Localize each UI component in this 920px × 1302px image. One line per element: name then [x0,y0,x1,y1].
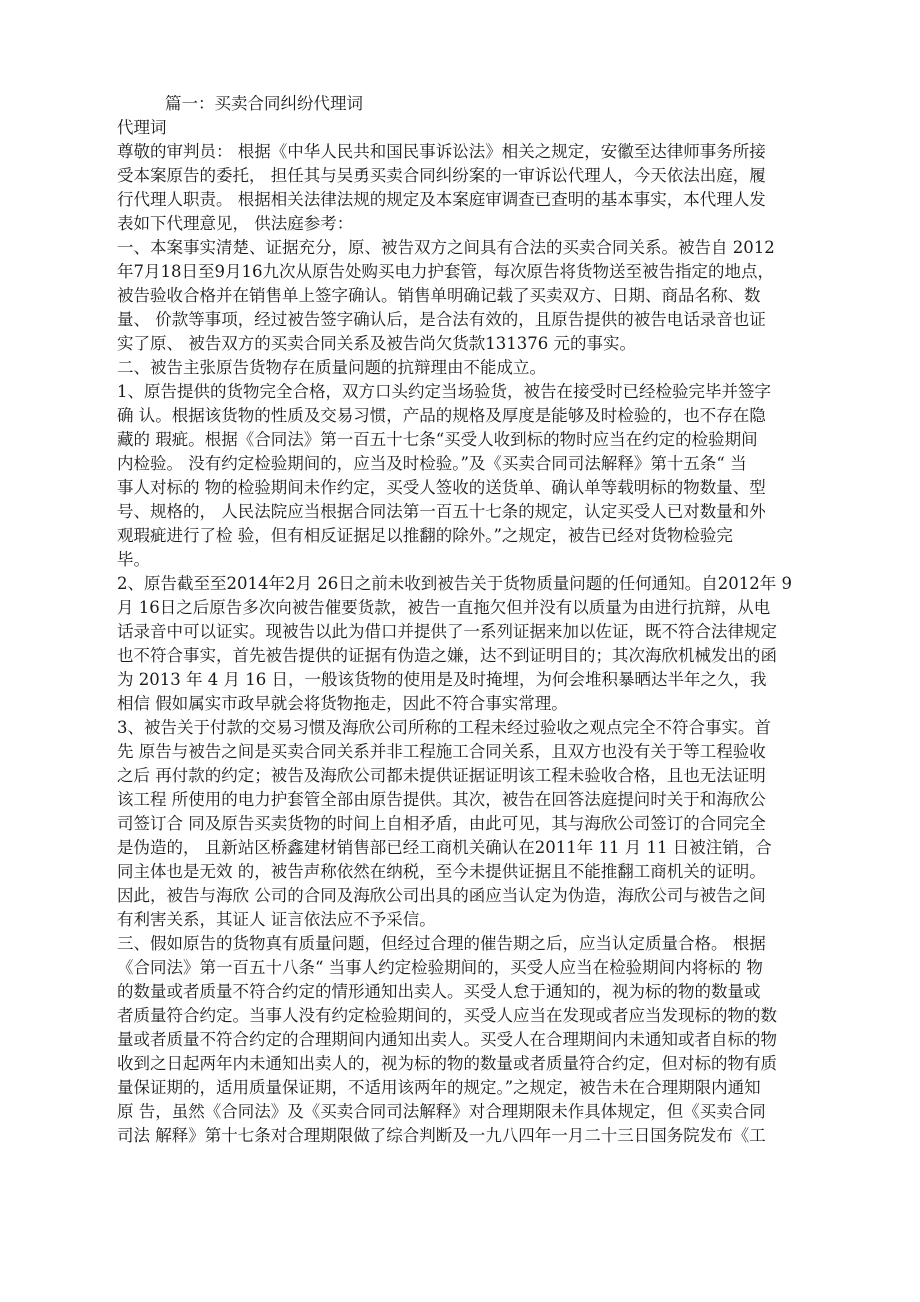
body-line: 有利害关系，其证人 证言依法应不予采信。 [117,908,789,932]
body-line: 内检验。 没有约定检验期间的，应当及时检验。”及《买卖合同司法解释》第十五条“ … [117,452,789,476]
body-line: 司法 解释》第十七条对合理期限做了综合判断及一九八四年一月二十三日国务院发布《工 [117,1124,789,1148]
point-one-line: 1、原告提供的货物完全合格，双方口头约定当场验货，被告在接受时已经检验完毕并签字 [117,380,789,404]
body-line: 行代理人职责。 根据相关法律法规的规定及本案庭审调查已查明的基本事实，本代理人发 [117,188,789,212]
document-body: 篇一：买卖合同纠纷代理词 代理词 尊敬的审判员： 根据《中华人民共和国民事诉讼法… [117,92,789,1148]
body-line: 实了原、 被告双方的买卖合同关系及被告尚欠货款131376 元的事实。 [117,332,789,356]
body-line: 量保证期的，适用质量保证期，不适用该两年的规定。”之规定，被告未在合理期限内通知 [117,1076,789,1100]
document-subheading: 代理词 [117,116,789,140]
body-line: 为 2013 年 4 月 16 日，一般该货物的使用是及时掩埋，为何会堆积暴晒达… [117,668,789,692]
body-line: 因此，被告与海欣 公司的合同及海欣公司出具的函应当认定为伪造，海欣公司与被告之间 [117,884,789,908]
section-three-heading-line: 三、假如原告的货物真有质量问题，但经过合理的催告期之后，应当认定质量合格。 根据 [117,932,789,956]
point-two-line: 2、原告截至至2014年2月 26日之前未收到被告关于货物质量问题的任何通知。自… [117,572,789,596]
body-line: 之后 再付款的约定；被告及海欣公司都未提供证据证明该工程未验收合格，且也无法证明 [117,764,789,788]
body-line: 毕。 [117,548,789,572]
body-line: 月 16日之后原告多次向被告催要货款，被告一直拖欠但并没有以质量为由进行抗辩，从… [117,596,789,620]
body-line: 量或者质量不符合约定的合理期间内通知出卖人。买受人在合理期间内未通知或者自标的物 [117,1028,789,1052]
body-line: 藏的 瑕疵。根据《合同法》第一百五十七条“买受人收到标的物时应当在约定的检验期间 [117,428,789,452]
body-line: 原 告，虽然《合同法》及《买卖合同司法解释》对合理期限未作具体规定，但《买卖合同 [117,1100,789,1124]
body-line: 《合同法》第一百五十八条“ 当事人约定检验期间的，买受人应当在检验期间内将标的 … [117,956,789,980]
document-page: 篇一：买卖合同纠纷代理词 代理词 尊敬的审判员： 根据《中华人民共和国民事诉讼法… [0,0,920,1302]
body-line: 确 认。根据该货物的性质及交易习惯，产品的规格及厚度是能够及时检验的，也不存在隐 [117,404,789,428]
body-line: 者质量符合约定。当事人没有约定检验期间的，买受人应当在发现或者应当发现标的物的数 [117,1004,789,1028]
body-line: 先 原告与被告之间是买卖合同关系并非工程施工合同关系，且双方也没有关于等工程验收 [117,740,789,764]
body-line: 年7月18日至9月16九次从原告处购买电力护套管，每次原告将货物送至被告指定的地… [117,260,789,284]
body-line: 号、规格的， 人民法院应当根据合同法第一百五十七条的规定，认定买受人已对数量和外 [117,500,789,524]
body-line: 表如下代理意见， 供法庭参考： [117,212,789,236]
section-two-heading-line: 二、被告主张原告货物存在质量问题的抗辩理由不能成立。 [117,356,789,380]
body-line: 量、 价款等事项，经过被告签字确认后，是合法有效的，且原告提供的被告电话录音也证 [117,308,789,332]
body-line: 该工程 所使用的电力护套管全部由原告提供。其次，被告在回答法庭提问时关于和海欣公 [117,788,789,812]
body-line: 是伪造的， 且新站区桥鑫建材销售部已经工商机关确认在2011年 11 月 11 … [117,836,789,860]
body-line: 事人对标的 物的检验期间未作约定，买受人签收的送货单、确认单等载明标的物数量、型 [117,476,789,500]
body-line: 受本案原告的委托， 担任其与吴勇买卖合同纠纷案的一审诉讼代理人，今天依法出庭，履 [117,164,789,188]
body-line: 司签订合 同及原告买卖货物的时间上自相矛盾，由此可见，其与海欣公司签订的合同完全 [117,812,789,836]
point-three-line: 3、被告关于付款的交易习惯及海欣公司所称的工程未经过验收之观点完全不符合事实。首 [117,716,789,740]
body-line: 也不符合事实，首先被告提供的证据有伪造之嫌，达不到证明目的；其次海欣机械发出的函 [117,644,789,668]
section-one-heading-line: 一、本案事实清楚、证据充分，原、被告双方之间具有合法的买卖合同关系。被告自 20… [117,236,789,260]
document-heading: 篇一：买卖合同纠纷代理词 [117,92,789,116]
body-line: 同主体也是无效 的，被告声称依然在纳税，至今未提供证据且不能推翻工商机关的证明。 [117,860,789,884]
body-line: 相信 假如属实市政早就会将货物拖走，因此不符合事实常理。 [117,692,789,716]
body-line: 话录音中可以证实。现被告以此为借口并提供了一系列证据来加以佐证，既不符合法律规定 [117,620,789,644]
body-line: 尊敬的审判员： 根据《中华人民共和国民事诉讼法》相关之规定，安徽至达律师事务所接 [117,140,789,164]
body-line: 观瑕疵进行了检 验，但有相反证据足以推翻的除外。”之规定，被告已经对货物检验完 [117,524,789,548]
body-line: 的数量或者质量不符合约定的情形通知出卖人。买受人怠于通知的，视为标的物的数量或 [117,980,789,1004]
body-line: 被告验收合格并在销售单上签字确认。销售单明确记载了买卖双方、日期、商品名称、数 [117,284,789,308]
body-line: 收到之日起两年内未通知出卖人的，视为标的物的数量或者质量符合约定，但对标的物有质 [117,1052,789,1076]
